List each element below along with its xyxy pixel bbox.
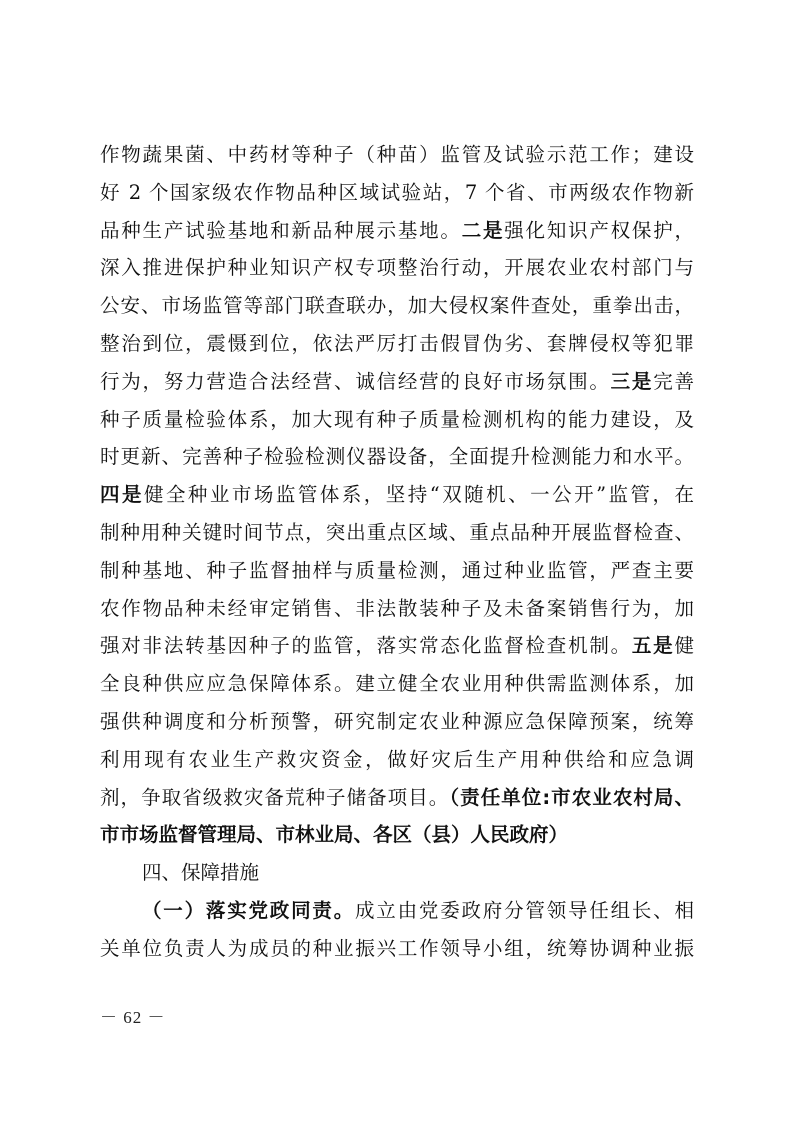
text-run: 完善 [653,370,694,393]
section-heading-text: 四、保障措施 [142,861,259,884]
text-line: 好 2 个国家级农作物品种区域试验站，7 个省、市两级农作物新 [100,174,694,212]
text-run: 强化知识产权保护， [504,219,694,242]
section-heading: 四、保障措施 [100,854,694,892]
text-line: （一）落实党政同责。成立由党委政府分管领导任组长、相 [100,892,694,930]
text-run: 农作物品种未经审定销售、非法散装种子及未备案销售行为，加 [100,597,694,620]
emphasis-marker: 五是 [632,634,675,657]
text-run: 利用现有农业生产救灾资金，做好灾后生产用种供给和应急调 [100,748,694,771]
text-line: 整治到位，震慑到位，依法严厉打击假冒伪劣、套牌侵权等犯罪 [100,325,694,363]
text-run: 强供种调度和分析预警，研究制定农业种源应急保障预案，统筹 [100,710,694,733]
text-line: 农作物品种未经审定销售、非法散装种子及未备案销售行为，加 [100,590,694,628]
text-run: 品种生产试验基地和新品种展示基地。 [100,219,462,242]
responsible-units: 市市场监督管理局、市林业局、各区（县）人民政府） [100,823,568,846]
subsection-heading: （一）落实党政同责。 [142,899,355,922]
text-line: 品种生产试验基地和新品种展示基地。二是强化知识产权保护， [100,212,694,250]
text-line: 公安、市场监管等部门联查联办，加大侵权案件查处，重拳出击， [100,287,694,325]
page-number: － 62 － [100,1003,166,1028]
text-line: 制种用种关键时间节点，突出重点区域、重点品种开展监督检查、 [100,514,694,552]
emphasis-marker: 二是 [462,219,505,242]
text-run: 种子质量检验体系，加大现有种子质量检测机构的能力建设，及 [100,408,694,431]
text-run: 制种用种关键时间节点，突出重点区域、重点品种开展监督检查、 [100,521,694,544]
emphasis-marker: 三是 [611,370,654,393]
responsible-units: （责任单位:市农业农村局、 [449,786,694,809]
text-line: 行为，努力营造合法经营、诚信经营的良好市场氛围。三是完善 [100,363,694,401]
text-line: 强对非法转基因种子的监管，落实常态化监督检查机制。五是健 [100,627,694,665]
document-page: 作物蔬果菌、中药材等种子（种苗）监管及试验示范工作；建设 好 2 个国家级农作物… [0,0,793,1122]
text-run: 全良种供应应急保障体系。建立健全农业用种供需监测体系，加 [100,672,694,695]
text-line: 深入推进保护种业知识产权专项整治行动，开展农业农村部门与 [100,249,694,287]
emphasis-marker: 四是 [100,483,144,506]
text-run: 强对非法转基因种子的监管，落实常态化监督检查机制。 [100,634,632,657]
text-line: 时更新、完善种子检验检测仪器设备，全面提升检测能力和水平。 [100,438,694,476]
text-line: 利用现有农业生产救灾资金，做好灾后生产用种供给和应急调 [100,741,694,779]
text-line: 剂，争取省级救灾备荒种子储备项目。（责任单位:市农业农村局、 [100,779,694,817]
text-run: 制种基地、种子监督抽样与质量检测，通过种业监管，严查主要 [100,559,694,582]
text-line: 制种基地、种子监督抽样与质量检测，通过种业监管，严查主要 [100,552,694,590]
text-line: 关单位负责人为成员的种业振兴工作领导小组，统筹协调种业振 [100,930,694,968]
text-run: 行为，努力营造合法经营、诚信经营的良好市场氛围。 [100,370,611,393]
text-run: 公安、市场监管等部门联查联办，加大侵权案件查处，重拳出击， [100,294,694,317]
text-run: 成立由党委政府分管领导任组长、相 [355,899,694,922]
text-run: 健全种业市场监管体系，坚持“双随机、一公开”监管，在 [144,483,694,506]
text-run: 时更新、完善种子检验检测仪器设备，全面提升检测能力和水平。 [100,445,694,468]
text-line: 全良种供应应急保障体系。建立健全农业用种供需监测体系，加 [100,665,694,703]
text-run: 作物蔬果菌、中药材等种子（种苗）监管及试验示范工作；建设 [100,143,694,166]
text-line: 四是健全种业市场监管体系，坚持“双随机、一公开”监管，在 [100,476,694,514]
text-run: 关单位负责人为成员的种业振兴工作领导小组，统筹协调种业振 [100,937,694,960]
body-text: 作物蔬果菌、中药材等种子（种苗）监管及试验示范工作；建设 好 2 个国家级农作物… [100,136,694,968]
text-line: 作物蔬果菌、中药材等种子（种苗）监管及试验示范工作；建设 [100,136,694,174]
text-run: 剂，争取省级救灾备荒种子储备项目。 [100,786,449,809]
text-line: 市市场监督管理局、市林业局、各区（县）人民政府） [100,816,694,854]
text-run: 好 2 个国家级农作物品种区域试验站，7 个省、市两级农作物新 [100,181,694,204]
text-line: 强供种调度和分析预警，研究制定农业种源应急保障预案，统筹 [100,703,694,741]
text-run: 深入推进保护种业知识产权专项整治行动，开展农业农村部门与 [100,256,694,279]
text-line: 种子质量检验体系，加大现有种子质量检测机构的能力建设，及 [100,401,694,439]
text-run: 整治到位，震慑到位，依法严厉打击假冒伪劣、套牌侵权等犯罪 [100,332,694,355]
text-run: 健 [674,634,694,657]
